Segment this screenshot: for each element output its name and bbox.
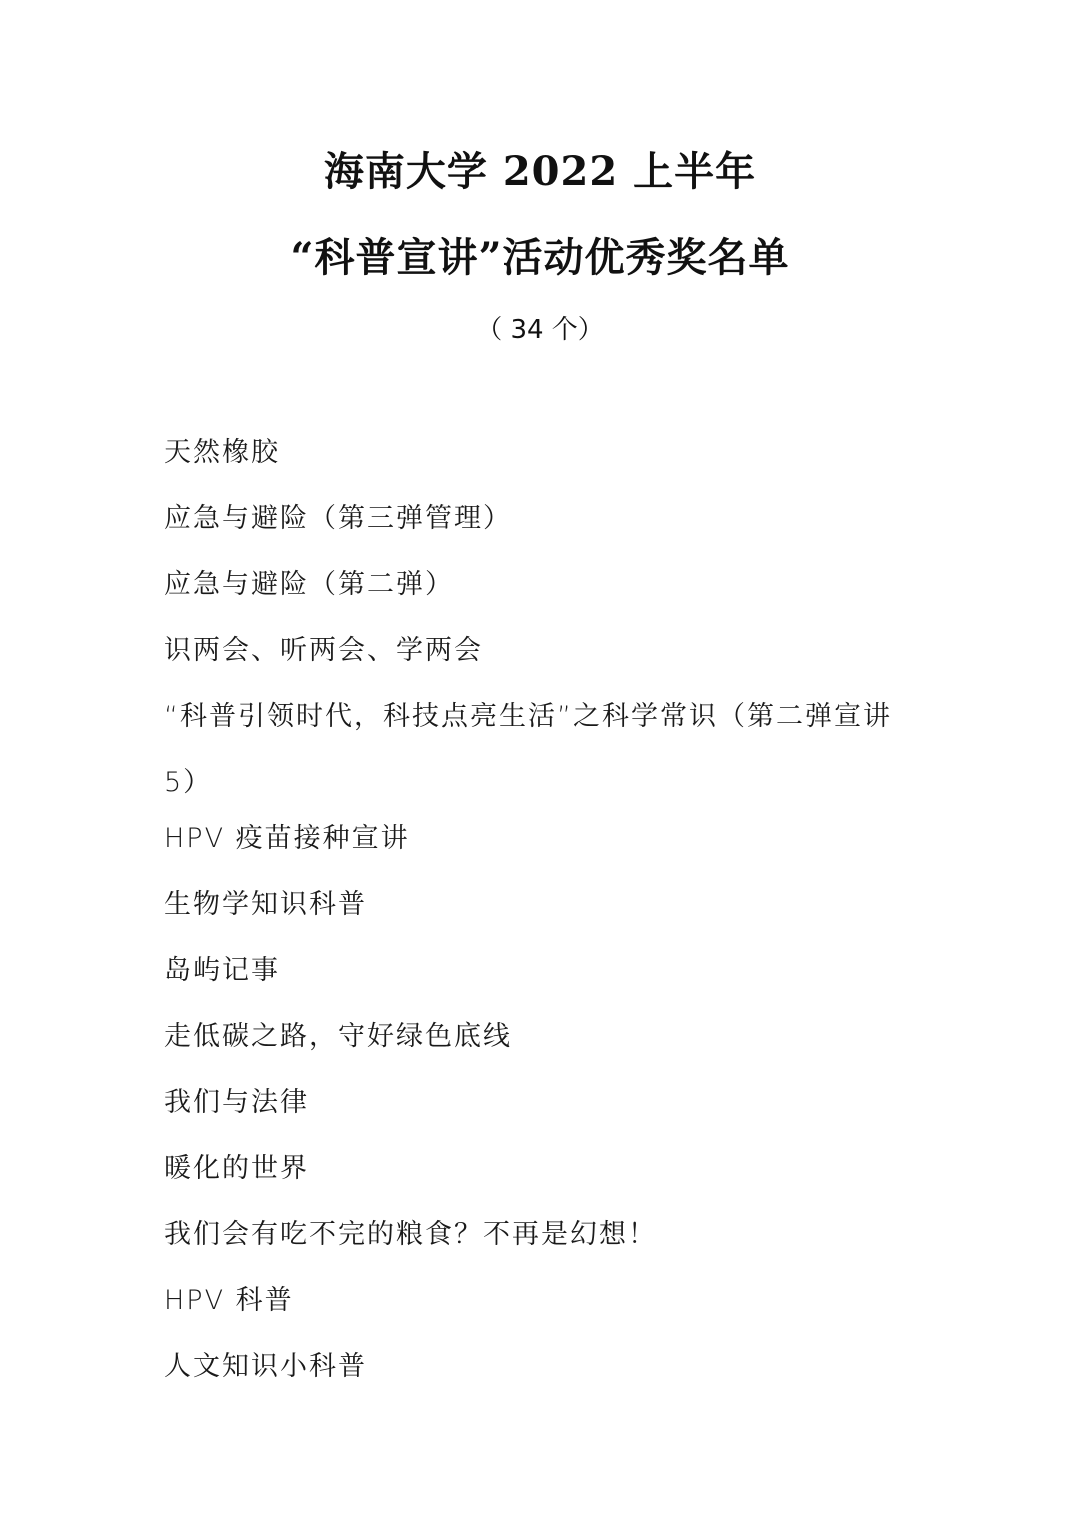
list-item: 识两会、听两会、学两会 [164, 633, 483, 669]
list-item: 我们与法律 [164, 1085, 309, 1121]
list-item: 应急与避险（第三弹管理） [164, 501, 512, 537]
list-item: 走低碳之路，守好绿色底线 [164, 1019, 512, 1055]
list-item: 生物学知识科普 [164, 887, 367, 923]
list-item: 人文知识小科普 [164, 1349, 367, 1385]
list-item: 天然橡胶 [164, 435, 280, 471]
list-item: 岛屿记事 [164, 953, 280, 989]
list-item: HPV 疫苗接种宣讲 [164, 821, 410, 857]
list-item-continuation: 5） [164, 765, 212, 801]
award-count: （ 34 个） [0, 312, 1080, 348]
document-title-line2: “科普宣讲”活动优秀奖名单 [0, 234, 1080, 282]
document-title-line1: 海南大学 2022 上半年 [0, 148, 1080, 196]
list-item: 暖化的世界 [164, 1151, 309, 1187]
list-item: 我们会有吃不完的粮食？不再是幻想！ [164, 1217, 657, 1253]
list-item: HPV 科普 [164, 1283, 294, 1319]
list-item: “科普引领时代，科技点亮生活”之科学常识（第二弹宣讲 [164, 699, 892, 735]
list-item: 应急与避险（第二弹） [164, 567, 454, 603]
